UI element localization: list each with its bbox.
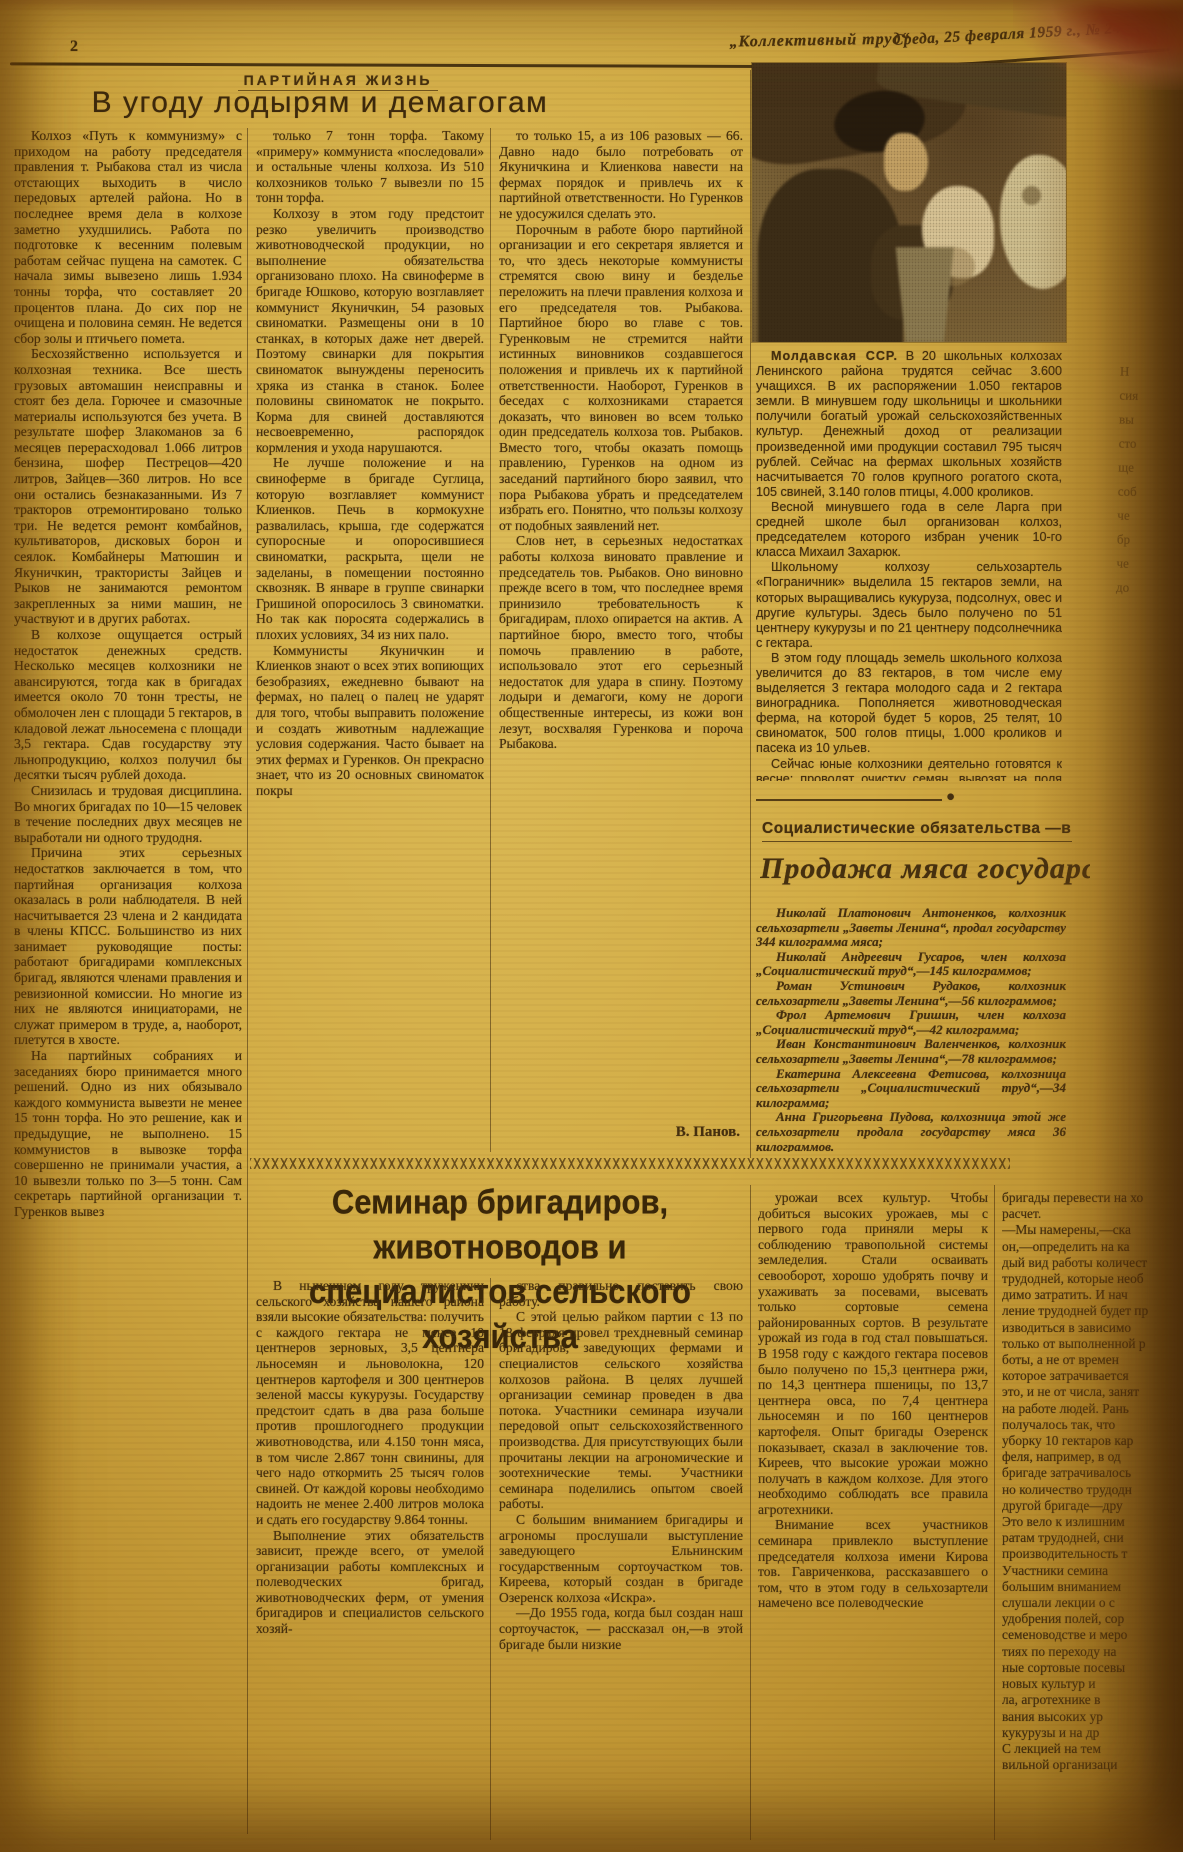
article-column-3: то только 15, а из 106 разовых — 66. Дав…: [499, 128, 743, 1122]
article-paragraph: Снизилась и трудовая дисциплина. Во мног…: [14, 783, 242, 845]
seminar-title-line1: Семинар бригадиров, животноводов и: [250, 1180, 750, 1270]
article-signature: В. Панов.: [560, 1124, 740, 1141]
column-rule: [750, 1185, 751, 1840]
obligation-entry: Екатерина Алексеевна Фетисова, колхозниц…: [756, 1067, 1066, 1111]
seminar-column-2: ства правильно поставить свою работу.С э…: [499, 1278, 743, 1840]
page-edge-text-fragments: Н сия вы сто ще соб че бр че до: [1116, 359, 1180, 600]
obligation-entry: Анна Григорьевна Пудова, колхозница этой…: [756, 1110, 1066, 1152]
seminar-paragraph: Выполнение этих обязательств зависит, пр…: [256, 1528, 484, 1637]
seminar-paragraph: Внимание всех участников семинара привле…: [758, 1517, 988, 1611]
article-column-1: Колхоз «Путь к коммунизму» с приходом на…: [14, 128, 242, 1834]
halftone-overlay: [752, 63, 1066, 342]
column-rule: [247, 128, 248, 1834]
article-column-2: только 7 тонн торфа. Такому «примеру» ко…: [256, 128, 484, 1152]
obligations-kicker: Социалистические обязательства —в действ…: [762, 820, 1072, 842]
dateline: Среда, 25 февраля 1959 г., № 24 (1729): [840, 17, 1170, 52]
seminar-column-1: В нынешнем году труженики сельского хозя…: [256, 1278, 484, 1840]
article-paragraph: Коммунисты Якуничкин и Клиенков знают о …: [256, 643, 484, 799]
article-paragraph: Слов нет, в серьезных недостатках работы…: [499, 533, 743, 751]
top-edge-shadow: [0, 0, 1183, 12]
seminar-column-4-cut: бригады перевести на хо расчет. —Мы наме…: [1002, 1190, 1178, 1840]
caption-lead-rest: В 20 школьных колхозах Ленинского района…: [756, 349, 1062, 499]
article-paragraph: Бесхозяйственно используется и колхозная…: [14, 346, 242, 627]
caption-paragraph: В этом году площадь земель школьного кол…: [756, 651, 1062, 757]
column-rule: [490, 128, 491, 1152]
caption-first-paragraph: Молдавская ССР. В 20 школьных колхозах Л…: [756, 349, 1062, 500]
caption-paragraph: Школьному колхозу сельхозартель «Пограни…: [756, 560, 1062, 651]
obligation-entry: Николай Андреевич Гусаров, член колхоза …: [756, 950, 1066, 979]
seminar-paragraph: урожаи всех культур. Чтобы добиться высо…: [758, 1190, 988, 1517]
seminar-paragraph: ства правильно поставить свою работу.: [499, 1278, 743, 1309]
column-rule: [994, 1185, 995, 1840]
obligation-entry: Иван Константинович Валенченков, колхозн…: [756, 1037, 1066, 1066]
article-paragraph: Порочным в работе бюро партийной организ…: [499, 222, 743, 534]
article-title: В угоду лодырям и демагогам: [60, 86, 580, 120]
seminar-paragraph: В нынешнем году труженики сельского хозя…: [256, 1278, 484, 1528]
article-paragraph: только 7 тонн торфа. Такому «примеру» ко…: [256, 128, 484, 206]
column-rule: [490, 1278, 491, 1840]
divider-rule: [756, 799, 942, 801]
seminar-paragraph: —До 1955 года, когда был создан наш сорт…: [499, 1605, 743, 1652]
article-paragraph: Причина этих серьезных недостатков заклю…: [14, 845, 242, 1048]
divider-dot-icon: ●: [946, 789, 955, 806]
obligations-entries: Николай Платонович Антоненков, колхозник…: [756, 906, 1066, 1152]
newspaper-page: 2 „Коллективный труд“ Среда, 25 февраля …: [0, 0, 1183, 1852]
chain-divider: [250, 1158, 1010, 1169]
obligations-title: Продажа мяса государству: [760, 852, 1090, 886]
article-paragraph: то только 15, а из 106 разовых — 66. Дав…: [499, 128, 743, 222]
caption-paragraph: Весной минувшего года в селе Ларга при с…: [756, 500, 1062, 560]
photo-calves-feeding: [752, 63, 1066, 342]
caption-paragraph: Сейчас юные колхозники деятельно готовят…: [756, 757, 1062, 781]
seminar-column-3: урожаи всех культур. Чтобы добиться высо…: [758, 1190, 988, 1840]
article-paragraph: Не лучше положение и на свиноферме в бри…: [256, 455, 484, 642]
caption-lead: Молдавская ССР.: [771, 349, 898, 363]
column-rule: [750, 70, 751, 1158]
seminar-paragraph: С большим вниманием бригадиры и агрономы…: [499, 1512, 743, 1606]
article-paragraph: В колхозе ощущается острый недостаток де…: [14, 627, 242, 783]
article-paragraph: Колхозу в этом году предстоит резко увел…: [256, 206, 484, 456]
photo-caption: Молдавская ССР. В 20 школьных колхозах Л…: [756, 349, 1062, 781]
obligation-entry: Фрол Артемович Гришин, член колхоза „Соц…: [756, 1008, 1066, 1037]
page-number: 2: [70, 38, 78, 56]
obligation-entry: Николай Платонович Антоненков, колхозник…: [756, 906, 1066, 950]
obligation-entry: Роман Устинович Рудаков, колхозник сельх…: [756, 979, 1066, 1008]
seminar-paragraph: С этой целью райком партии с 13 по 18 фе…: [499, 1309, 743, 1512]
article-paragraph: На партийных собраниях и заседаниях бюро…: [14, 1048, 242, 1220]
article-paragraph: Колхоз «Путь к коммунизму» с приходом на…: [14, 128, 242, 346]
